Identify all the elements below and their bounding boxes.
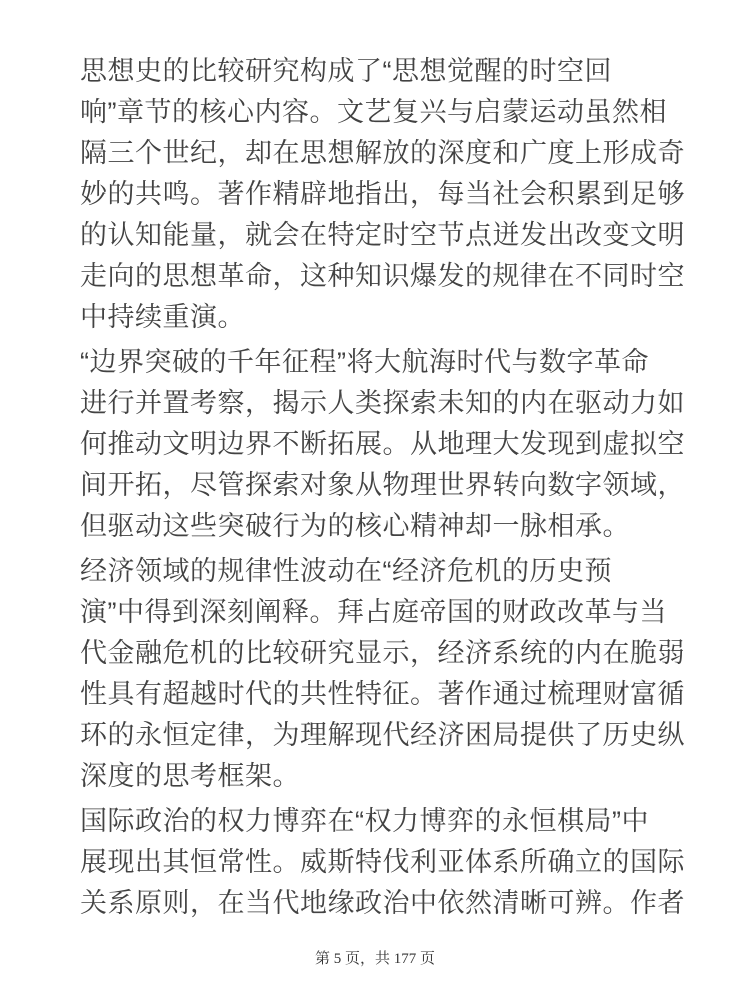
paragraph-economic-cycles: 经济领域的规律性波动在“经济危机的历史预 演”中得到深刻阐释。拜占庭帝国的财政改… <box>80 551 692 797</box>
paragraph-boundary-breakthrough: “边界突破的千年征程”将大航海时代与数字革命 进行并置考察，揭示人类探索未知的内… <box>80 342 692 547</box>
page-number-indicator: 第 5 页，共 177 页 <box>315 951 435 967</box>
paragraph-thought-history: 思想史的比较研究构成了“思想觉醒的时空回 响”章节的核心内容。文艺复兴与启蒙运动… <box>80 51 692 338</box>
page-footer: 第 5 页，共 177 页 <box>0 947 750 968</box>
paragraph-power-politics: 国际政治的权力博弈在“权力博弈的永恒棋局”中 展现出其恒常性。威斯特伐利亚体系所… <box>80 801 692 924</box>
page-content: 思想史的比较研究构成了“思想觉醒的时空回 响”章节的核心内容。文艺复兴与启蒙运动… <box>80 51 692 928</box>
document-page: 思想史的比较研究构成了“思想觉醒的时空回 响”章节的核心内容。文艺复兴与启蒙运动… <box>0 0 750 1000</box>
